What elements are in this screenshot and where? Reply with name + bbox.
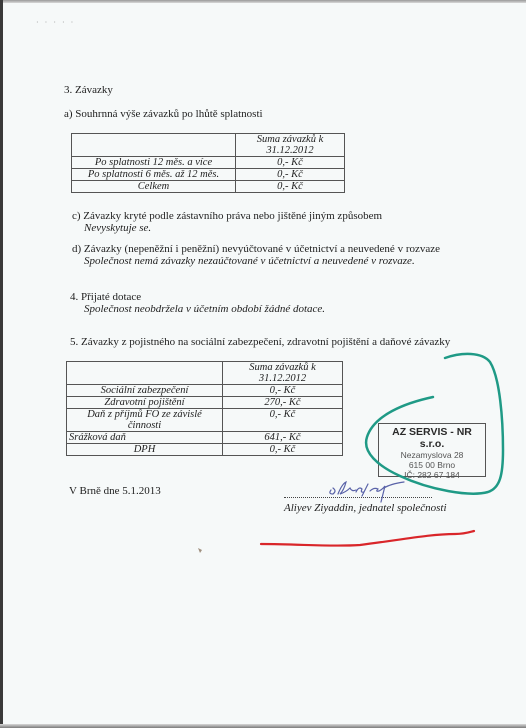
annotation-overlay xyxy=(0,0,526,728)
signature-scribble xyxy=(330,482,404,502)
teal-pen-loop xyxy=(366,354,503,494)
red-pen-underline xyxy=(261,531,474,546)
scan-speck xyxy=(198,548,202,553)
